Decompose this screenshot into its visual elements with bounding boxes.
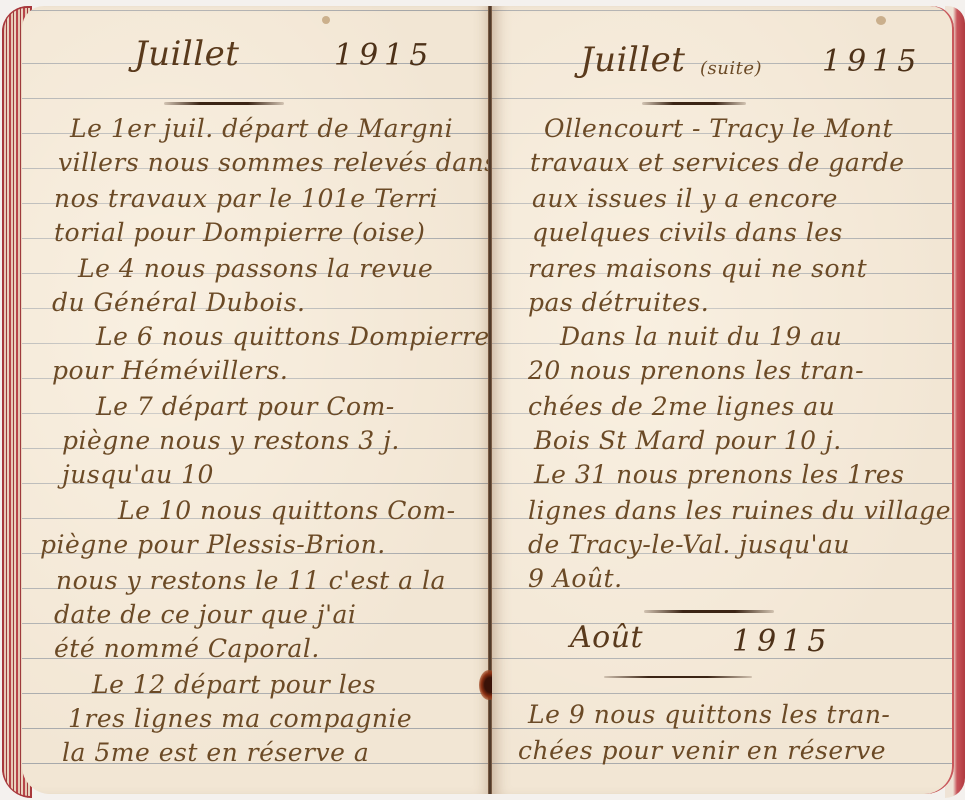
open-notebook: Juillet 1915 Le 1er juil. départ de Marg… [0,0,965,800]
text-line: Dans la nuit du 19 au [560,322,842,351]
text-line: villers nous sommes relevés dans [58,148,498,177]
text-line: travaux et services de garde [530,148,905,177]
text-line: 1res lignes ma compagnie [68,704,412,733]
right-heading-month: Juillet [580,40,685,80]
text-line: Ollencourt - Tracy le Mont [544,114,893,143]
text-line: quelques civils dans les [532,218,843,247]
text-line: piègne nous y restons 3 j. [62,426,400,455]
text-line: Bois St Mard pour 10 j. [534,426,842,455]
paper-stain [322,16,330,24]
text-line: 20 nous prenons les tran- [528,356,864,385]
left-heading-month: Juillet [134,34,239,74]
text-line: Le 4 nous passons la revue [78,254,433,283]
text-line: été nommé Caporal. [54,634,320,663]
heading-underline [604,676,752,678]
left-heading-year: 1915 [334,38,434,73]
august-heading-month: Août [570,620,643,655]
heading-underline [642,102,746,105]
text-line: du Général Dubois. [52,288,305,317]
text-line: nous y restons le 11 c'est a la [56,566,446,595]
heading-underline [164,102,284,105]
text-line: Le 6 nous quittons Dompierre [96,322,490,351]
text-line: nos travaux par le 101e Terri [54,184,438,213]
text-line: pas détruites. [528,288,709,317]
section-divider [644,610,774,613]
text-line: date de ce jour que j'ai [54,600,356,629]
text-line: chées de 2me lignes au [528,392,835,421]
right-page: Juillet (suite) 1915 Ollencourt - Tracy … [492,6,954,794]
text-line: Le 7 départ pour Com- [96,392,395,421]
text-line: la 5me est en réserve a [62,738,369,767]
text-line: Le 31 nous prenons les 1res [534,460,904,489]
text-line: Le 9 nous quittons les tran- [528,700,890,729]
right-heading-note: (suite) [700,58,762,79]
text-line: Le 12 départ pour les [92,670,376,699]
text-line: Le 10 nous quittons Com- [118,496,456,525]
text-line: piègne pour Plessis-Brion. [40,530,386,559]
paper-stain [876,16,886,25]
text-line: lignes dans les ruines du village [528,496,951,525]
text-line: aux issues il y a encore [532,184,838,213]
august-heading-year: 1915 [732,624,832,659]
text-line: torial pour Dompierre (oise) [54,218,425,247]
text-line: Le 1er juil. départ de Margni [70,114,453,143]
text-line: jusqu'au 10 [62,460,214,489]
text-line: de Tracy-le-Val. jusqu'au [528,530,850,559]
right-heading-year: 1915 [822,44,922,79]
text-line: pour Hémévillers. [52,356,288,385]
text-line: chées pour venir en réserve [518,736,886,765]
text-line: 9 Août. [528,564,623,593]
left-page: Juillet 1915 Le 1er juil. départ de Marg… [22,6,490,794]
text-line: rares maisons qui ne sont [528,254,867,283]
